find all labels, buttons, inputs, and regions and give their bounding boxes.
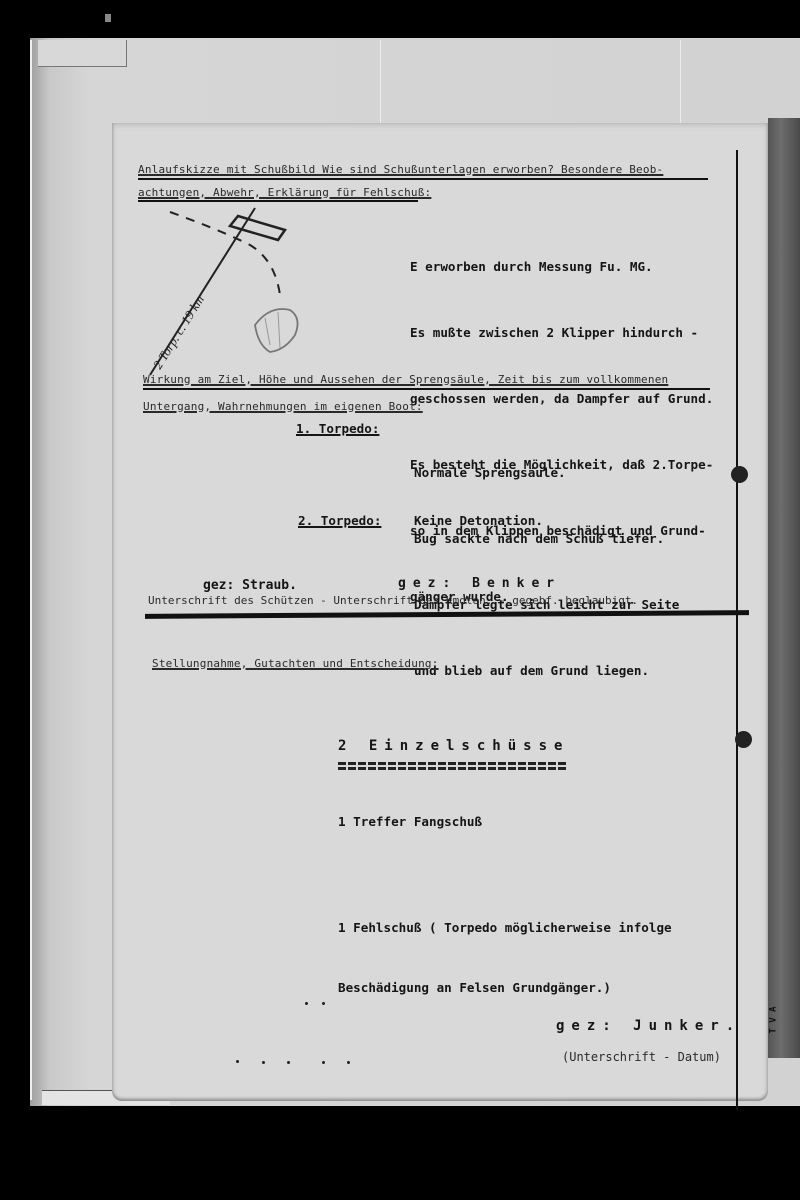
header-underline xyxy=(138,178,708,180)
torpedo2-label: 2. Torpedo: xyxy=(298,510,381,532)
final-signature: gez: Junker. xyxy=(556,1018,741,1034)
attack-sketch: 2 Torp. c. 19 km xyxy=(130,200,390,380)
text-line: 1 Treffer Fangschuß xyxy=(338,812,672,832)
signature-caption: Unterschrift des Schützen - Unterschrift… xyxy=(148,594,638,607)
ink-speck xyxy=(305,1002,308,1005)
section3-header: Stellungnahme, Gutachten und Entscheidun… xyxy=(152,657,439,670)
folder-tab-top xyxy=(38,40,127,67)
ink-speck xyxy=(287,1061,290,1064)
decision-title: 2 Einzelschüsse xyxy=(338,738,569,754)
page-stack-edge xyxy=(768,118,800,1058)
title-double-underline xyxy=(338,767,566,770)
punch-hole xyxy=(735,731,752,748)
section1-header-line2: achtungen, Abwehr, Erklärung für Fehlsch… xyxy=(138,186,431,199)
decision-text: 1 Treffer Fangschuß 1 Fehlschuß ( Torped… xyxy=(338,772,672,1018)
section2-header-line1: Wirkung am Ziel, Höhe und Aussehen der S… xyxy=(143,373,668,386)
final-caption: (Unterschrift - Datum) xyxy=(562,1050,721,1064)
svg-text:2 Torp. c. 19 km: 2 Torp. c. 19 km xyxy=(150,292,207,371)
film-edge xyxy=(30,40,32,1100)
torpedo1-label: 1. Torpedo: xyxy=(296,418,379,440)
text-line: Es mußte zwischen 2 Klipper hindurch - xyxy=(410,322,713,344)
ink-speck xyxy=(322,1002,325,1005)
shooter-signature: gez: Straub. xyxy=(203,578,297,593)
text-line: Beschädigung an Felsen Grundgänger.) xyxy=(338,978,672,998)
torpedo2-text: Keine Detonation. xyxy=(414,510,543,532)
text-line: geschossen werden, da Dampfer auf Grund. xyxy=(410,388,713,410)
text-line: 1 Fehlschuß ( Torpedo möglicherweise inf… xyxy=(338,918,672,938)
text-line: Normale Sprengsäule. xyxy=(414,462,679,484)
ink-speck xyxy=(322,1061,325,1064)
text-line: und blieb auf dem Grund liegen. xyxy=(414,660,679,682)
ink-speck xyxy=(262,1061,265,1064)
header-underline xyxy=(143,388,710,390)
commander-signature: gez: Benker xyxy=(398,576,561,591)
punch-hole xyxy=(731,466,748,483)
title-double-underline xyxy=(338,762,566,765)
page-margin-line xyxy=(736,150,738,1110)
section2-header-line2: Untergang, Wahrnehmungen im eigenen Boot… xyxy=(143,400,423,413)
ink-speck xyxy=(236,1060,239,1063)
film-speck xyxy=(105,14,111,22)
torpedo1-text: Normale Sprengsäule. Bug sackte nach dem… xyxy=(414,418,679,704)
ink-speck xyxy=(347,1061,350,1064)
margin-stamp: T V A xyxy=(769,1006,779,1033)
text-line: E erworben durch Messung Fu. MG. xyxy=(410,256,713,278)
section1-header-line1: Anlaufskizze mit Schußbild Wie sind Schu… xyxy=(138,163,663,176)
